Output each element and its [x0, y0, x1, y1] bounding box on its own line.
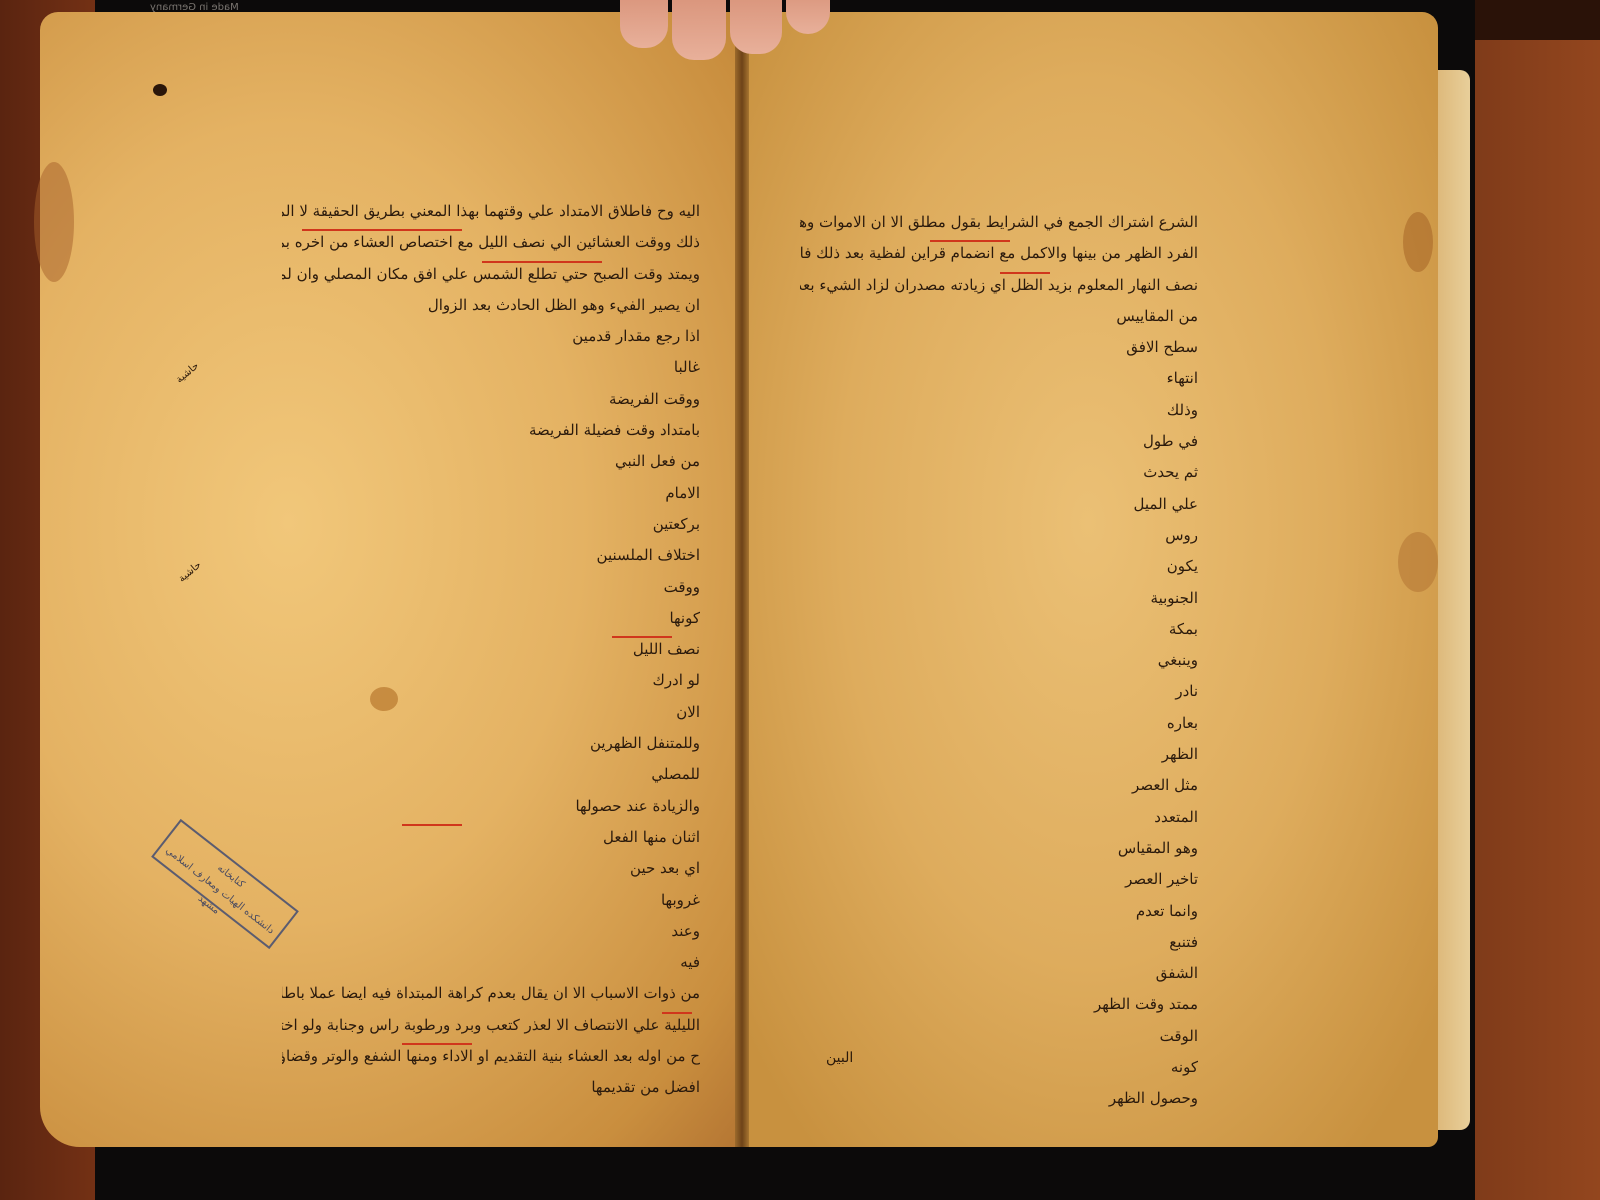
- text-line: ثم يحدث: [800, 457, 1198, 488]
- text-line: وللمتنفل الظهرين: [282, 728, 700, 759]
- text-line: غالبا: [282, 352, 700, 383]
- text-line: يكون: [800, 551, 1198, 582]
- text-line: وذلك: [800, 395, 1198, 426]
- catchword: البين: [826, 1050, 853, 1066]
- text-line: والزيادة عند حصولها: [282, 791, 700, 822]
- text-line: الان: [282, 697, 700, 728]
- text-line: انتهاء: [800, 363, 1198, 394]
- text-line: نادر: [800, 676, 1198, 707]
- text-line: اثنان منها الفعل: [282, 822, 700, 853]
- text-line: نصف الليل: [282, 634, 700, 665]
- edge-stain: [34, 162, 74, 282]
- text-line: وحصول الظهر: [800, 1083, 1198, 1114]
- text-line: وعند: [282, 916, 700, 947]
- text-line: للمصلي: [282, 759, 700, 790]
- text-line: غروبها: [282, 885, 700, 916]
- text-line: اذا رجع مقدار قدمين: [282, 321, 700, 352]
- text-line: ووقت الفريضة: [282, 384, 700, 415]
- text-line: الوقت: [800, 1021, 1198, 1052]
- text-line: الشفق: [800, 958, 1198, 989]
- text-line: اليه وح فاطلاق الامتداد علي وقتهما بهذا …: [282, 196, 700, 227]
- text-line: اي بعد حين: [282, 853, 700, 884]
- text-line: فيه: [282, 947, 700, 978]
- text-line: فتنبع: [800, 927, 1198, 958]
- gutter: [735, 12, 749, 1147]
- text-line: في طول: [800, 426, 1198, 457]
- text-line: وانما تعدم: [800, 896, 1198, 927]
- right-main-text: الشرع اشتراك الجمع في الشرايط بقول مطلق …: [800, 207, 1198, 1115]
- text-line: الظهر: [800, 739, 1198, 770]
- text-line: ان يصير الفيء وهو الظل الحادث بعد الزوال: [282, 290, 700, 321]
- text-line: سطح الافق: [800, 332, 1198, 363]
- text-line: علي الميل: [800, 489, 1198, 520]
- text-line: ويمتد وقت الصبح حتي تطلع الشمس علي افق م…: [282, 259, 700, 290]
- text-line: ح من اوله بعد العشاء بنية التقديم او الا…: [282, 1041, 700, 1072]
- hand-holding-page: [620, 0, 830, 50]
- text-line: كونها: [282, 603, 700, 634]
- finger: [730, 0, 782, 54]
- text-line: الليلية علي الانتصاف الا لعذر كتعب وبرد …: [282, 1010, 700, 1041]
- text-line: لو ادرك: [282, 665, 700, 696]
- text-line: الجنوبية: [800, 583, 1198, 614]
- text-line: المتعدد: [800, 802, 1198, 833]
- text-line: من المقاييس: [800, 301, 1198, 332]
- text-line: وهو المقياس: [800, 833, 1198, 864]
- text-line: كونه: [800, 1052, 1198, 1083]
- text-line: بعاره: [800, 708, 1198, 739]
- ink-blot: [153, 84, 167, 96]
- text-line: بامتداد وقت فضيلة الفريضة: [282, 415, 700, 446]
- finger: [786, 0, 830, 34]
- text-line: الامام: [282, 478, 700, 509]
- edge-stain: [1398, 532, 1438, 592]
- edge-stain: [1403, 212, 1433, 272]
- text-line: اختلاف الملسنين: [282, 540, 700, 571]
- text-line: افضل من تقديمها: [282, 1072, 700, 1103]
- text-line: ممتد وقت الظهر: [800, 989, 1198, 1020]
- left-main-text: اليه وح فاطلاق الامتداد علي وقتهما بهذا …: [282, 196, 700, 1104]
- text-line: تاخير العصر: [800, 864, 1198, 895]
- text-line: من فعل النبي: [282, 446, 700, 477]
- finger: [620, 0, 668, 48]
- text-line: بمكة: [800, 614, 1198, 645]
- finger: [672, 0, 726, 60]
- text-line: مثل العصر: [800, 770, 1198, 801]
- text-line: من ذوات الاسباب الا ان يقال بعدم كراهة ا…: [282, 978, 700, 1009]
- text-line: روس: [800, 520, 1198, 551]
- text-line: ذلك ووقت العشائين الي نصف الليل مع اختصا…: [282, 227, 700, 258]
- text-line: ووقت: [282, 572, 700, 603]
- text-line: وينبغي: [800, 645, 1198, 676]
- text-line: بركعتين: [282, 509, 700, 540]
